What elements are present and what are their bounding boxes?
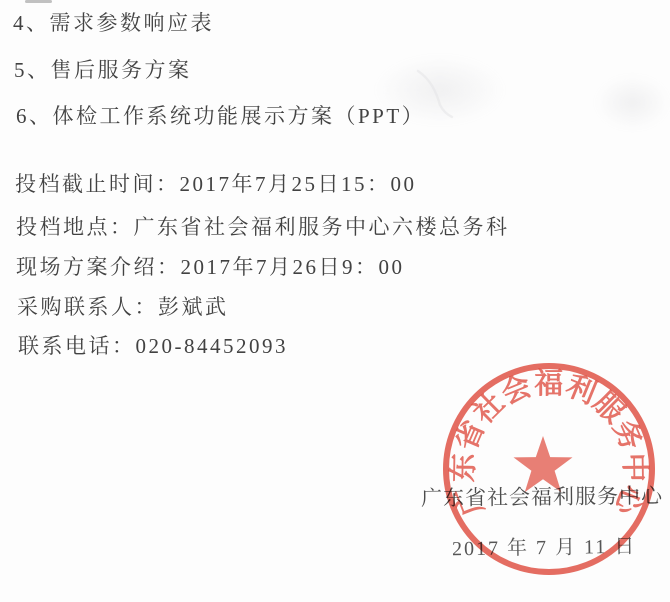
info-line-contact-person: 采购联系人：彭斌武: [17, 291, 229, 321]
svg-text:广东省社会福利服务中心: 广东省社会福利服务中心: [447, 367, 651, 520]
info-line-deadline: 投档截止时间：2017年7月25日15：00: [15, 168, 417, 198]
info-line-phone: 联系电话：020-84452093: [18, 330, 288, 360]
official-seal: 广东省社会福利服务中心: [434, 354, 664, 584]
seal-arc-text: 广东省社会福利服务中心: [447, 367, 651, 520]
scan-artifact: [595, 75, 670, 130]
info-line-presentation: 现场方案介绍：2017年7月26日9：00: [16, 251, 405, 281]
scanned-document-page: 4、需求参数响应表 5、售后服务方案 6、体检工作系统功能展示方案（PPT） 投…: [0, 0, 670, 602]
list-item-4: 4、需求参数响应表: [13, 7, 214, 37]
list-item-5: 5、售后服务方案: [14, 54, 192, 84]
list-item-6: 6、体检工作系统功能展示方案（PPT）: [16, 100, 425, 130]
seal-star-icon: [514, 436, 573, 492]
scan-smudge: [25, 0, 52, 3]
info-line-location: 投档地点：广东省社会福利服务中心六楼总务科: [16, 211, 510, 241]
